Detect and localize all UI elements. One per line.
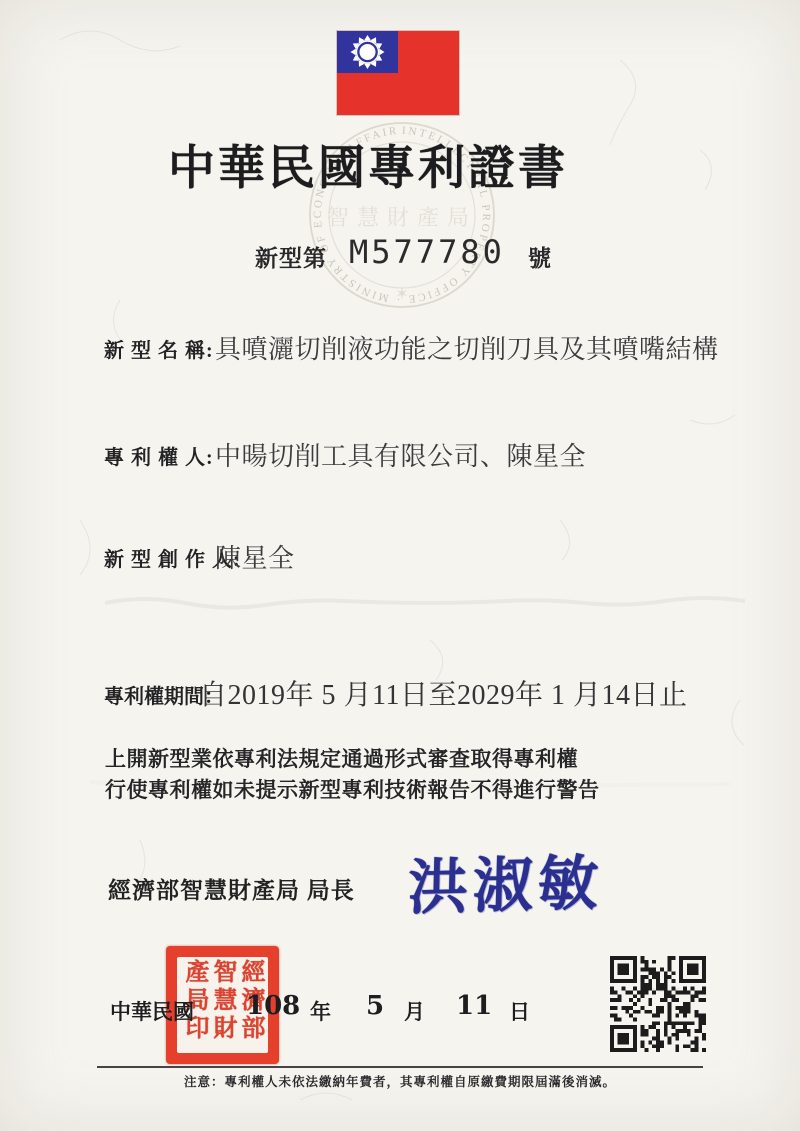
field-value: 自2019年 5 月11日至2029年 1 月14日止 <box>199 673 687 713</box>
qr-code <box>610 956 706 1052</box>
roc-flag <box>337 31 459 115</box>
date-year: 108 <box>246 991 300 1021</box>
certificate-title: 中華民國專利證書 <box>168 131 568 198</box>
watermark-center-text: 智慧財產局 <box>327 205 477 230</box>
patent-certificate-page: INTELLECTUAL PROPERTY OFFICE · MINISTRY … <box>0 0 800 1131</box>
statement-line: 上開新型業依專利法規定通過形式審查取得專利權 <box>105 744 600 775</box>
field-value: 陳星全 <box>215 538 295 575</box>
date-day-label: 日 <box>509 996 530 1026</box>
patent-number-line: 新型第 M577780 號 <box>0 231 800 267</box>
legal-statements: 上開新型業依專利法規定通過形式審查取得專利權 行使專利權如未提示新型專利技術報告… <box>105 744 600 806</box>
watermark-star: ✶ <box>395 286 408 303</box>
footnote: 注意：專利權人未依法繳納年費者，其專利權自原繳費期限屆滿後消滅。 <box>0 1072 800 1090</box>
date-month-label: 月 <box>404 996 425 1026</box>
director-signature: 洪淑敏 <box>407 835 604 926</box>
date-era: 中華民國 <box>110 996 194 1026</box>
field-value: 具噴灑切削液功能之切削刀具及其噴嘴結構 <box>215 329 719 366</box>
field-label: 新 型 名 稱: <box>104 334 214 363</box>
statement-line: 行使專利權如未提示新型專利技術報告不得進行警告 <box>105 775 600 806</box>
patent-number-suffix: 號 <box>528 240 551 273</box>
issuer-title: 經濟部智慧財產局 局長 <box>108 872 355 905</box>
field-label: 專 利 權 人: <box>104 441 214 470</box>
date-month: 5 <box>366 991 384 1021</box>
divider-rule <box>97 1066 703 1068</box>
date-year-label: 年 <box>310 996 331 1026</box>
date-day: 11 <box>456 991 492 1021</box>
patent-number: M577780 <box>349 233 505 271</box>
field-value: 中暘切削工具有限公司、陳星全 <box>215 436 586 473</box>
patent-number-prefix: 新型第 <box>255 240 327 273</box>
